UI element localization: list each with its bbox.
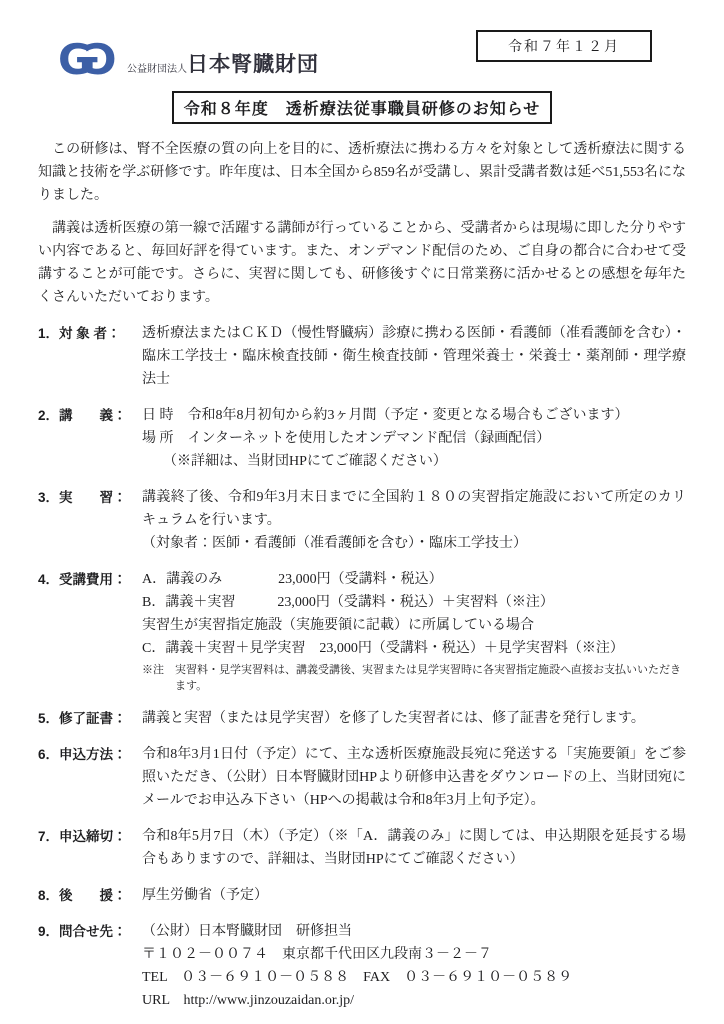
item-line: 講義と実習（または見学実習）を修了した実習者には、修了証書を発行します。 [142, 707, 686, 730]
list-item-6: 6．申込方法：令和8年3月1日付（予定）にて、主な透析医療施設長宛に発送する「実… [38, 743, 686, 812]
issue-date-box: 令和７年１２月 [476, 30, 652, 62]
kidney-logo-icon: GG [58, 40, 117, 80]
item-content: 講義と実習（または見学実習）を修了した実習者には、修了証書を発行します。 [142, 707, 686, 730]
item-line: 講義終了後、令和9年3月末日までに全国約１８０の実習指定施設において所定のカリキ… [142, 486, 686, 532]
item-label: 9．問合せ先： [38, 920, 142, 1012]
list-item-3: 3．実 習：講義終了後、令和9年3月末日までに全国約１８０の実習指定施設において… [38, 486, 686, 555]
item-line: TEL ０３－６９１０－０５８８ FAX ０３－６９１０－０５８９ [142, 966, 686, 989]
title-wrap: 令和８年度 透析療法従事職員研修のお知らせ [38, 91, 686, 124]
org-type-label: 公益財団法人 [127, 60, 187, 78]
item-content: 令和8年3月1日付（予定）にて、主な透析医療施設長宛に発送する「実施要領」をご参… [142, 743, 686, 812]
list-item-8: 8．後 援：厚生労働省（予定） [38, 884, 686, 907]
item-line: 令和8年3月1日付（予定）にて、主な透析医療施設長宛に発送する「実施要領」をご参… [142, 743, 686, 812]
item-content: 日 時 令和8年8月初旬から約3ヶ月間（予定・変更となる場合もございます）場 所… [142, 404, 686, 473]
items-list: 1．対 象 者：透析療法またはＣＫＤ（慢性腎臓病）診療に携わる医師・看護師（准看… [38, 322, 686, 1012]
item-line: 実習生が実習指定施設（実施要領に記載）に所属している場合 [142, 614, 686, 637]
intro-paragraph-1: この研修は、腎不全医療の質の向上を目的に、透析療法に携わる方々を対象として透析療… [38, 138, 686, 207]
item-line: ※注 実習料・見学実習料は、講義受講後、実習または見学実習時に各実習指定施設へ直… [142, 662, 686, 694]
org-text: 公益財団法人 日本腎臓財団 [127, 48, 319, 80]
document-header: GG 公益財団法人 日本腎臓財団 令和７年１２月 令和８年度 透析療法従事職員研… [38, 0, 686, 138]
item-content: 令和8年5月7日（木）（予定）（※「A．講義のみ」に関しては、申込期限を延長する… [142, 825, 686, 871]
item-line: B．講義＋実習 23,000円（受講料・税込）＋実習料（※注） [142, 591, 686, 614]
item-line: 透析療法またはＣＫＤ（慢性腎臓病）診療に携わる医師・看護師（准看護師を含む）・臨… [142, 322, 686, 391]
item-label: 6．申込方法： [38, 743, 142, 812]
item-line: （公財）日本腎臓財団 研修担当 [142, 920, 686, 943]
intro-paragraph-2: 講義は透析医療の第一線で活躍する講師が行っていることから、受講者からは現場に即し… [38, 217, 686, 309]
item-content: 厚生労働省（予定） [142, 884, 686, 907]
item-line: （対象者：医師・看護師（准看護師を含む）・臨床工学技士） [142, 532, 686, 555]
item-content: A．講義のみ 23,000円（受講料・税込）B．講義＋実習 23,000円（受講… [142, 568, 686, 694]
document-page: GG 公益財団法人 日本腎臓財団 令和７年１２月 令和８年度 透析療法従事職員研… [0, 0, 724, 1024]
item-label: 4．受講費用： [38, 568, 142, 694]
item-label: 2．講 義： [38, 404, 142, 473]
item-line: C．講義＋実習＋見学実習 23,000円（受講料・税込）＋見学実習料（※注） [142, 637, 686, 660]
list-item-5: 5．修了証書：講義と実習（または見学実習）を修了した実習者には、修了証書を発行し… [38, 707, 686, 730]
list-item-4: 4．受講費用：A．講義のみ 23,000円（受講料・税込）B．講義＋実習 23,… [38, 568, 686, 694]
item-line: A．講義のみ 23,000円（受講料・税込） [142, 568, 686, 591]
item-line: 令和8年5月7日（木）（予定）（※「A．講義のみ」に関しては、申込期限を延長する… [142, 825, 686, 871]
list-item-2: 2．講 義：日 時 令和8年8月初旬から約3ヶ月間（予定・変更となる場合もござい… [38, 404, 686, 473]
item-content: 透析療法またはＣＫＤ（慢性腎臓病）診療に携わる医師・看護師（准看護師を含む）・臨… [142, 322, 686, 391]
list-item-7: 7．申込締切：令和8年5月7日（木）（予定）（※「A．講義のみ」に関しては、申込… [38, 825, 686, 871]
item-label: 7．申込締切： [38, 825, 142, 871]
item-line: （※詳細は、当財団HPにてご確認ください） [142, 450, 686, 473]
list-item-9: 9．問合せ先：（公財）日本腎臓財団 研修担当〒１０２－００７４ 東京都千代田区九… [38, 920, 686, 1012]
item-content: 講義終了後、令和9年3月末日までに全国約１８０の実習指定施設において所定のカリキ… [142, 486, 686, 555]
item-line: 日 時 令和8年8月初旬から約3ヶ月間（予定・変更となる場合もございます） [142, 404, 686, 427]
item-label: 5．修了証書： [38, 707, 142, 730]
item-label: 3．実 習： [38, 486, 142, 555]
page-title: 令和８年度 透析療法従事職員研修のお知らせ [172, 91, 553, 124]
item-label: 8．後 援： [38, 884, 142, 907]
org-name-label: 日本腎臓財団 [187, 48, 319, 78]
item-line: URL http://www.jinzouzaidan.or.jp/ [142, 989, 686, 1012]
item-label: 1．対 象 者： [38, 322, 142, 391]
item-line: 〒１０２－００７４ 東京都千代田区九段南３－２－７ [142, 943, 686, 966]
org-logo: GG 公益財団法人 日本腎臓財団 [58, 40, 319, 80]
list-item-1: 1．対 象 者：透析療法またはＣＫＤ（慢性腎臓病）診療に携わる医師・看護師（准看… [38, 322, 686, 391]
item-line: 厚生労働省（予定） [142, 884, 686, 907]
item-content: （公財）日本腎臓財団 研修担当〒１０２－００７４ 東京都千代田区九段南３－２－７… [142, 920, 686, 1012]
item-line: 場 所 インターネットを使用したオンデマンド配信（録画配信） [142, 427, 686, 450]
